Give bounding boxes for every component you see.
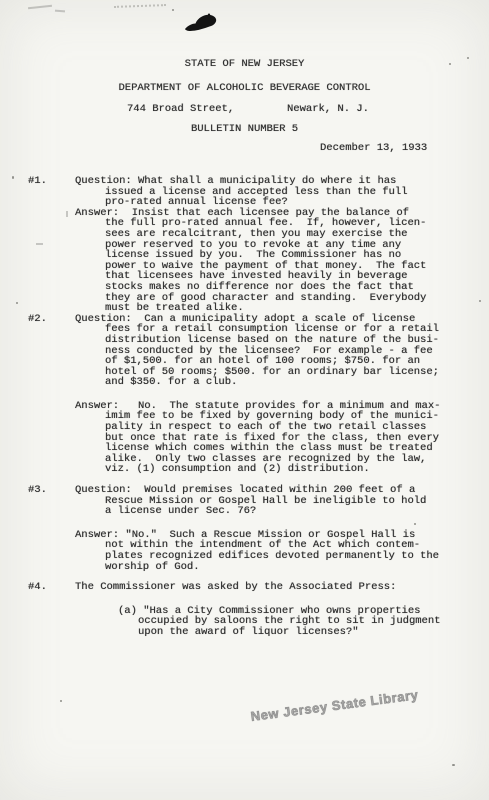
text-block: Question: What shall a municipality do w… — [28, 176, 489, 208]
text-block: Answer: No. The statute provides for a m… — [28, 401, 489, 475]
library-stamp: New Jersey State Library — [250, 687, 421, 724]
bulletin-item: #2.Question: Can a municipality adopt a … — [28, 314, 489, 475]
text-block: Question: Can a municipality adopt a sca… — [28, 314, 489, 388]
scan-speck — [16, 302, 18, 304]
bulletin-item: #1.Question: What shall a municipality d… — [28, 176, 489, 314]
text-block: Answer: "No." Such a Rescue Mission or G… — [28, 530, 489, 572]
scan-speck — [452, 764, 455, 766]
header-bulletin-number: BULLETIN NUMBER 5 — [0, 124, 489, 135]
header-date-text: December 13, 1933 — [320, 143, 427, 154]
text-line: they are of good character and standing.… — [28, 293, 489, 304]
text-line: sees are recalcitrant, then you may exer… — [28, 229, 489, 240]
pencil-mark — [28, 5, 52, 9]
header-address-city: Newark, N. J. — [287, 104, 369, 115]
text-line: and $350. for a club. — [28, 377, 489, 388]
text-block: Answer: Insist that each licensee pay th… — [28, 208, 489, 314]
text-line: plates recognized edifices devoted perma… — [28, 551, 489, 562]
item-number: #1. — [28, 176, 47, 187]
text-line: distribution license based on the nature… — [28, 335, 489, 346]
header-date: December 13, 1933 — [0, 143, 489, 175]
ink-blot — [184, 13, 220, 35]
text-block: Question: Would premises located within … — [28, 485, 489, 517]
text-line: a license under Sec. 76? — [28, 506, 489, 517]
item-number: #2. — [28, 314, 47, 325]
text-line: worship of God. — [28, 562, 489, 573]
bulletin-item: #4.The Commissioner was asked by the Ass… — [28, 582, 489, 637]
scan-speck — [12, 176, 14, 179]
item-number: #4. — [28, 582, 47, 593]
text-line: stocks makes no difference nor does the … — [28, 282, 489, 293]
scanned-document-page: STATE OF NEW JERSEY DEPARTMENT OF ALCOHO… — [0, 0, 489, 800]
scan-speck — [60, 700, 62, 702]
item-number: #3. — [28, 485, 47, 496]
pencil-mark — [55, 10, 65, 13]
text-line: viz. (1) consumption and (2) distributio… — [28, 464, 489, 475]
text-line: The Commissioner was asked by the Associ… — [28, 582, 489, 593]
scan-speck — [172, 9, 174, 11]
text-line: upon the award of liquor licenses?" — [28, 627, 489, 638]
text-block: (a) "Has a City Commissioner who owns pr… — [28, 606, 489, 638]
header-department: DEPARTMENT OF ALCOHOLIC BEVERAGE CONTROL — [0, 83, 489, 94]
text-block: The Commissioner was asked by the Associ… — [28, 582, 489, 593]
pencil-dashes — [114, 4, 166, 8]
document-body: #1.Question: What shall a municipality d… — [28, 176, 489, 638]
bulletin-item: #3.Question: Would premises located with… — [28, 485, 489, 572]
header-address-street: 744 Broad Street, — [127, 104, 234, 115]
text-line: Question: What shall a municipality do w… — [28, 176, 489, 187]
text-line: hotel of 50 rooms; $500. for an ordinary… — [28, 367, 489, 378]
text-line: Rescue Mission or Gospel Hall be ineligi… — [28, 496, 489, 507]
header-state: STATE OF NEW JERSEY — [0, 59, 489, 70]
